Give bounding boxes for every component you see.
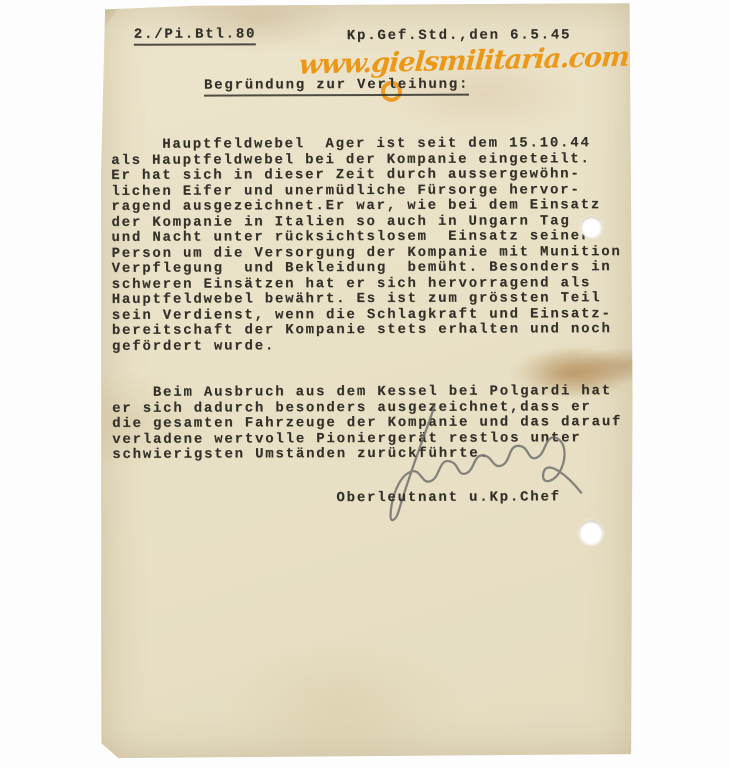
unit-designation: 2./Pi.Btl.80 bbox=[134, 26, 256, 45]
body-paragraph-1: Hauptfeldwebel Ager ist seit dem 15.10.4… bbox=[111, 136, 622, 355]
hole-punch-bottom bbox=[578, 520, 603, 545]
document-heading: Begründung zur Verleihung: bbox=[204, 77, 469, 97]
hole-punch-top bbox=[580, 216, 602, 238]
place-date-line: Kp.Gef.Std.,den 6.5.45 bbox=[347, 27, 571, 44]
document-paper: 2./Pi.Btl.80 Kp.Gef.Std.,den 6.5.45 www.… bbox=[99, 3, 635, 759]
watermark-text: www.gielsmilitaria.com bbox=[298, 41, 640, 80]
signature-role-line: Oberleutnant u.Kp.Chef bbox=[336, 489, 560, 506]
paper-corner-fold bbox=[99, 5, 121, 35]
